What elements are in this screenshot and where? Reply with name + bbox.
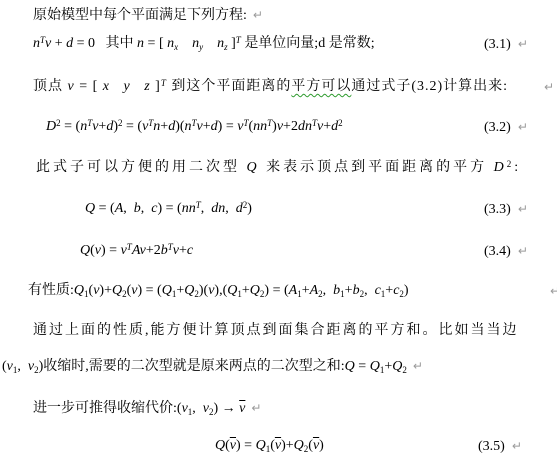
line-text: 顶点 v = [ x y z ]T 到这个平面距离的平方可以通过式子(3.2)计… — [33, 79, 508, 94]
line-text: nTv + d = 0 其中 n = [ nx ny nz ]T 是单位向量;d… — [33, 36, 375, 51]
line-text: 原始模型中每个平面满足下列方程: — [33, 8, 247, 23]
line-vertex-distance: 顶点 v = [ x y z ]T 到这个平面距离的平方可以通过式子(3.2)计… — [0, 76, 557, 98]
equation-number: (3.3) — [484, 202, 511, 217]
line-text: (v1, v2)收缩时,需要的二次型就是原来两点的二次型之和:Q = Q1+Q2 — [2, 359, 407, 374]
equation-number: (3.1) — [484, 37, 511, 52]
line-equation-3-1: nTv + d = 0 其中 n = [ nx ny nz ]T 是单位向量;d… — [0, 33, 557, 55]
line-equation-3-5: Q(v) = Q1(v)+Q2(v)(3.5)↵ — [0, 435, 557, 457]
line-contract-cost: 进一步可推得收缩代价:(v1, v2) → v↵ — [0, 397, 557, 420]
line-edge-contract: (v1, v2)收缩时,需要的二次型就是原来两点的二次型之和:Q = Q1+Q2… — [0, 355, 557, 378]
paragraph-mark-icon: ↵ — [253, 8, 263, 22]
line-text: Q(v) = Q1(v)+Q2(v) — [215, 438, 324, 453]
line-properties: 有性质:Q1(v)+Q2(v) = (Q1+Q2)(v),(Q1+Q2) = (… — [0, 280, 557, 302]
equation-number: (3.5) — [478, 439, 505, 454]
paragraph-mark-holder: ↵ — [544, 76, 555, 99]
paragraph-mark-icon: ↵ — [413, 359, 423, 373]
equation-tag: (3.1)↵ — [484, 33, 528, 56]
line-equation-3-4: Q(v) = vTAv+2bTv+c(3.4)↵ — [0, 240, 557, 262]
equation-tag: (3.4)↵ — [484, 240, 528, 263]
equation-number: (3.4) — [484, 244, 511, 259]
line-text: 进一步可推得收缩代价:(v1, v2) → v — [33, 401, 245, 416]
line-text: 通过上面的性质,能方便计算顶点到面集合距离的平方和。比如当当边 — [33, 323, 519, 338]
paragraph-mark-icon: ↵ — [518, 202, 528, 216]
paragraph-mark-icon: ↵ — [544, 80, 555, 94]
line-equation-3-2: D2 = (nTv+d)2 = (vTn+d)(nTv+d) = vT(nnT)… — [0, 116, 557, 138]
line-quadric-intro: 此式子可以方便的用二次型 Q 来表示顶点到平面距离的平方 D2: — [0, 157, 557, 179]
paragraph-mark-icon: ↵ — [518, 244, 528, 258]
line-intro: 原始模型中每个平面满足下列方程:↵ — [0, 4, 557, 27]
line-text: 有性质:Q1(v)+Q2(v) = (Q1+Q2)(v),(Q1+Q2) = (… — [28, 283, 409, 298]
equation-tag: (3.3)↵ — [484, 198, 528, 221]
line-text: 此式子可以方便的用二次型 Q 来表示顶点到平面距离的平方 D2: — [36, 160, 521, 175]
line-text: D2 = (nTv+d)2 = (vTn+d)(nTv+d) = vT(nnT)… — [46, 119, 343, 134]
line-text: Q(v) = vTAv+2bTv+c — [80, 243, 193, 258]
line-sum-paragraph: 通过上面的性质,能方便计算顶点到面集合距离的平方和。比如当当边 — [0, 320, 557, 342]
paragraph-mark-icon: ↵ — [251, 401, 261, 415]
paragraph-mark-icon: ↵ — [550, 284, 557, 298]
paragraph-mark-icon: ↵ — [518, 120, 528, 134]
line-text: Q = (A, b, c) = (nnT, dn, d2) — [85, 201, 252, 216]
equation-tag: (3.2)↵ — [484, 116, 528, 139]
equation-tag: (3.5)↵ — [478, 435, 522, 458]
line-equation-3-3: Q = (A, b, c) = (nnT, dn, d2)(3.3)↵ — [0, 198, 557, 220]
equation-number: (3.2) — [484, 120, 511, 135]
document-page: 原始模型中每个平面满足下列方程:↵ nTv + d = 0 其中 n = [ n… — [0, 0, 557, 469]
paragraph-mark-icon: ↵ — [518, 37, 528, 51]
paragraph-mark-holder: ↵ — [550, 280, 557, 303]
paragraph-mark-icon: ↵ — [512, 439, 522, 453]
